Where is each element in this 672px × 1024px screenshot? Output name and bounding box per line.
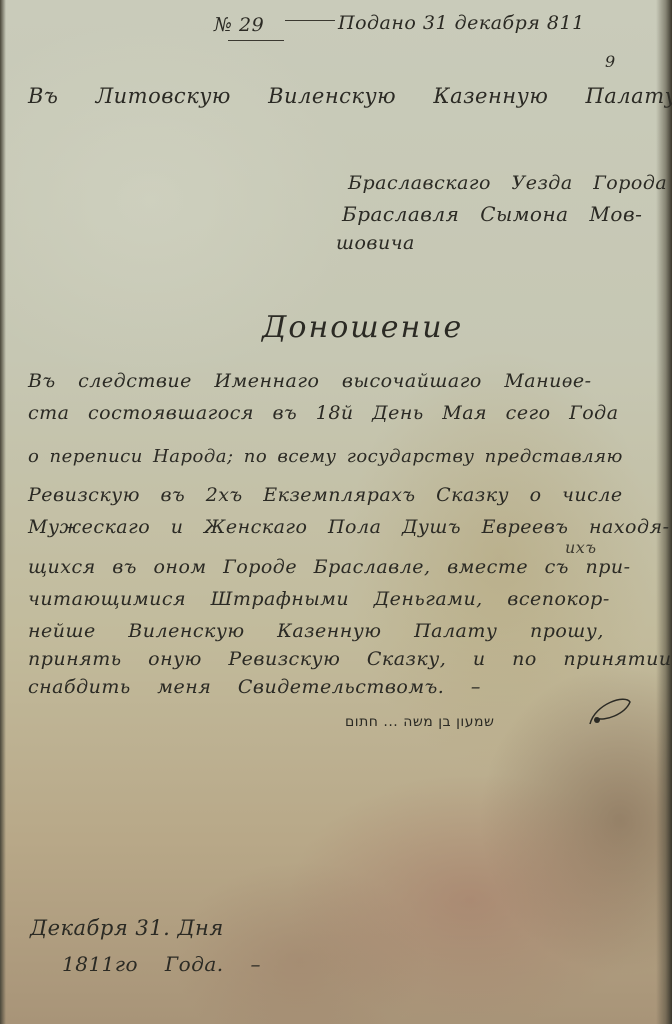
- date-footer-line-2: 1811го Года. –: [62, 952, 261, 976]
- body-line-10: снабдить меня Свидетельствомъ. –: [28, 676, 481, 698]
- addressee-line: Въ Литовскую Виленскую Казенную Палату: [28, 84, 672, 108]
- signature-flourish-icon: [585, 694, 635, 734]
- document-title: Доношение: [262, 310, 463, 345]
- sender-line-2: Браславля Сымона Мов-: [342, 202, 642, 226]
- hebrew-signature: שמעון בן משה ... חתום: [345, 714, 494, 730]
- body-line-7: читающимися Штрафными Деньгами, всепокор…: [28, 588, 610, 610]
- interlinear-insertion: ихъ: [565, 538, 597, 557]
- page-left-edge: [0, 0, 6, 1024]
- number-underline: [228, 40, 284, 41]
- sender-line-3: шовича: [336, 232, 415, 254]
- body-line-9: принять оную Ревизскую Сказку, и по прин…: [28, 648, 672, 670]
- body-line-1: Въ следствие Именнаго высочайшаго Маниѳе…: [28, 370, 592, 392]
- page-number: 9: [605, 52, 616, 71]
- sender-line-1: Браславскаго Уезда Города: [348, 172, 667, 194]
- number-dash: [285, 20, 335, 21]
- manuscript-page: № 29 Подано 31 декабря 811 9 Въ Литовску…: [0, 0, 672, 1024]
- document-number: № 29: [214, 14, 264, 36]
- body-line-6: щихся въ оном Городе Браславле, вместе с…: [28, 556, 631, 578]
- body-line-5: Мужескаго и Женскаго Пола Душъ Евреевъ н…: [28, 516, 670, 538]
- body-line-2: ста состоявшагося въ 18й День Мая сего Г…: [28, 402, 619, 424]
- body-line-4: Ревизскую въ 2хъ Екземплярахъ Сказку о ч…: [28, 484, 623, 506]
- body-line-8: нейше Виленскую Казенную Палату прошу,: [28, 620, 604, 642]
- filed-note: Подано 31 декабря 811: [338, 12, 585, 34]
- page-right-edge-shadow: [656, 0, 672, 1024]
- body-line-3: о переписи Народа; по всему государству …: [28, 446, 623, 467]
- date-footer-line-1: Декабря 31. Дня: [30, 916, 224, 940]
